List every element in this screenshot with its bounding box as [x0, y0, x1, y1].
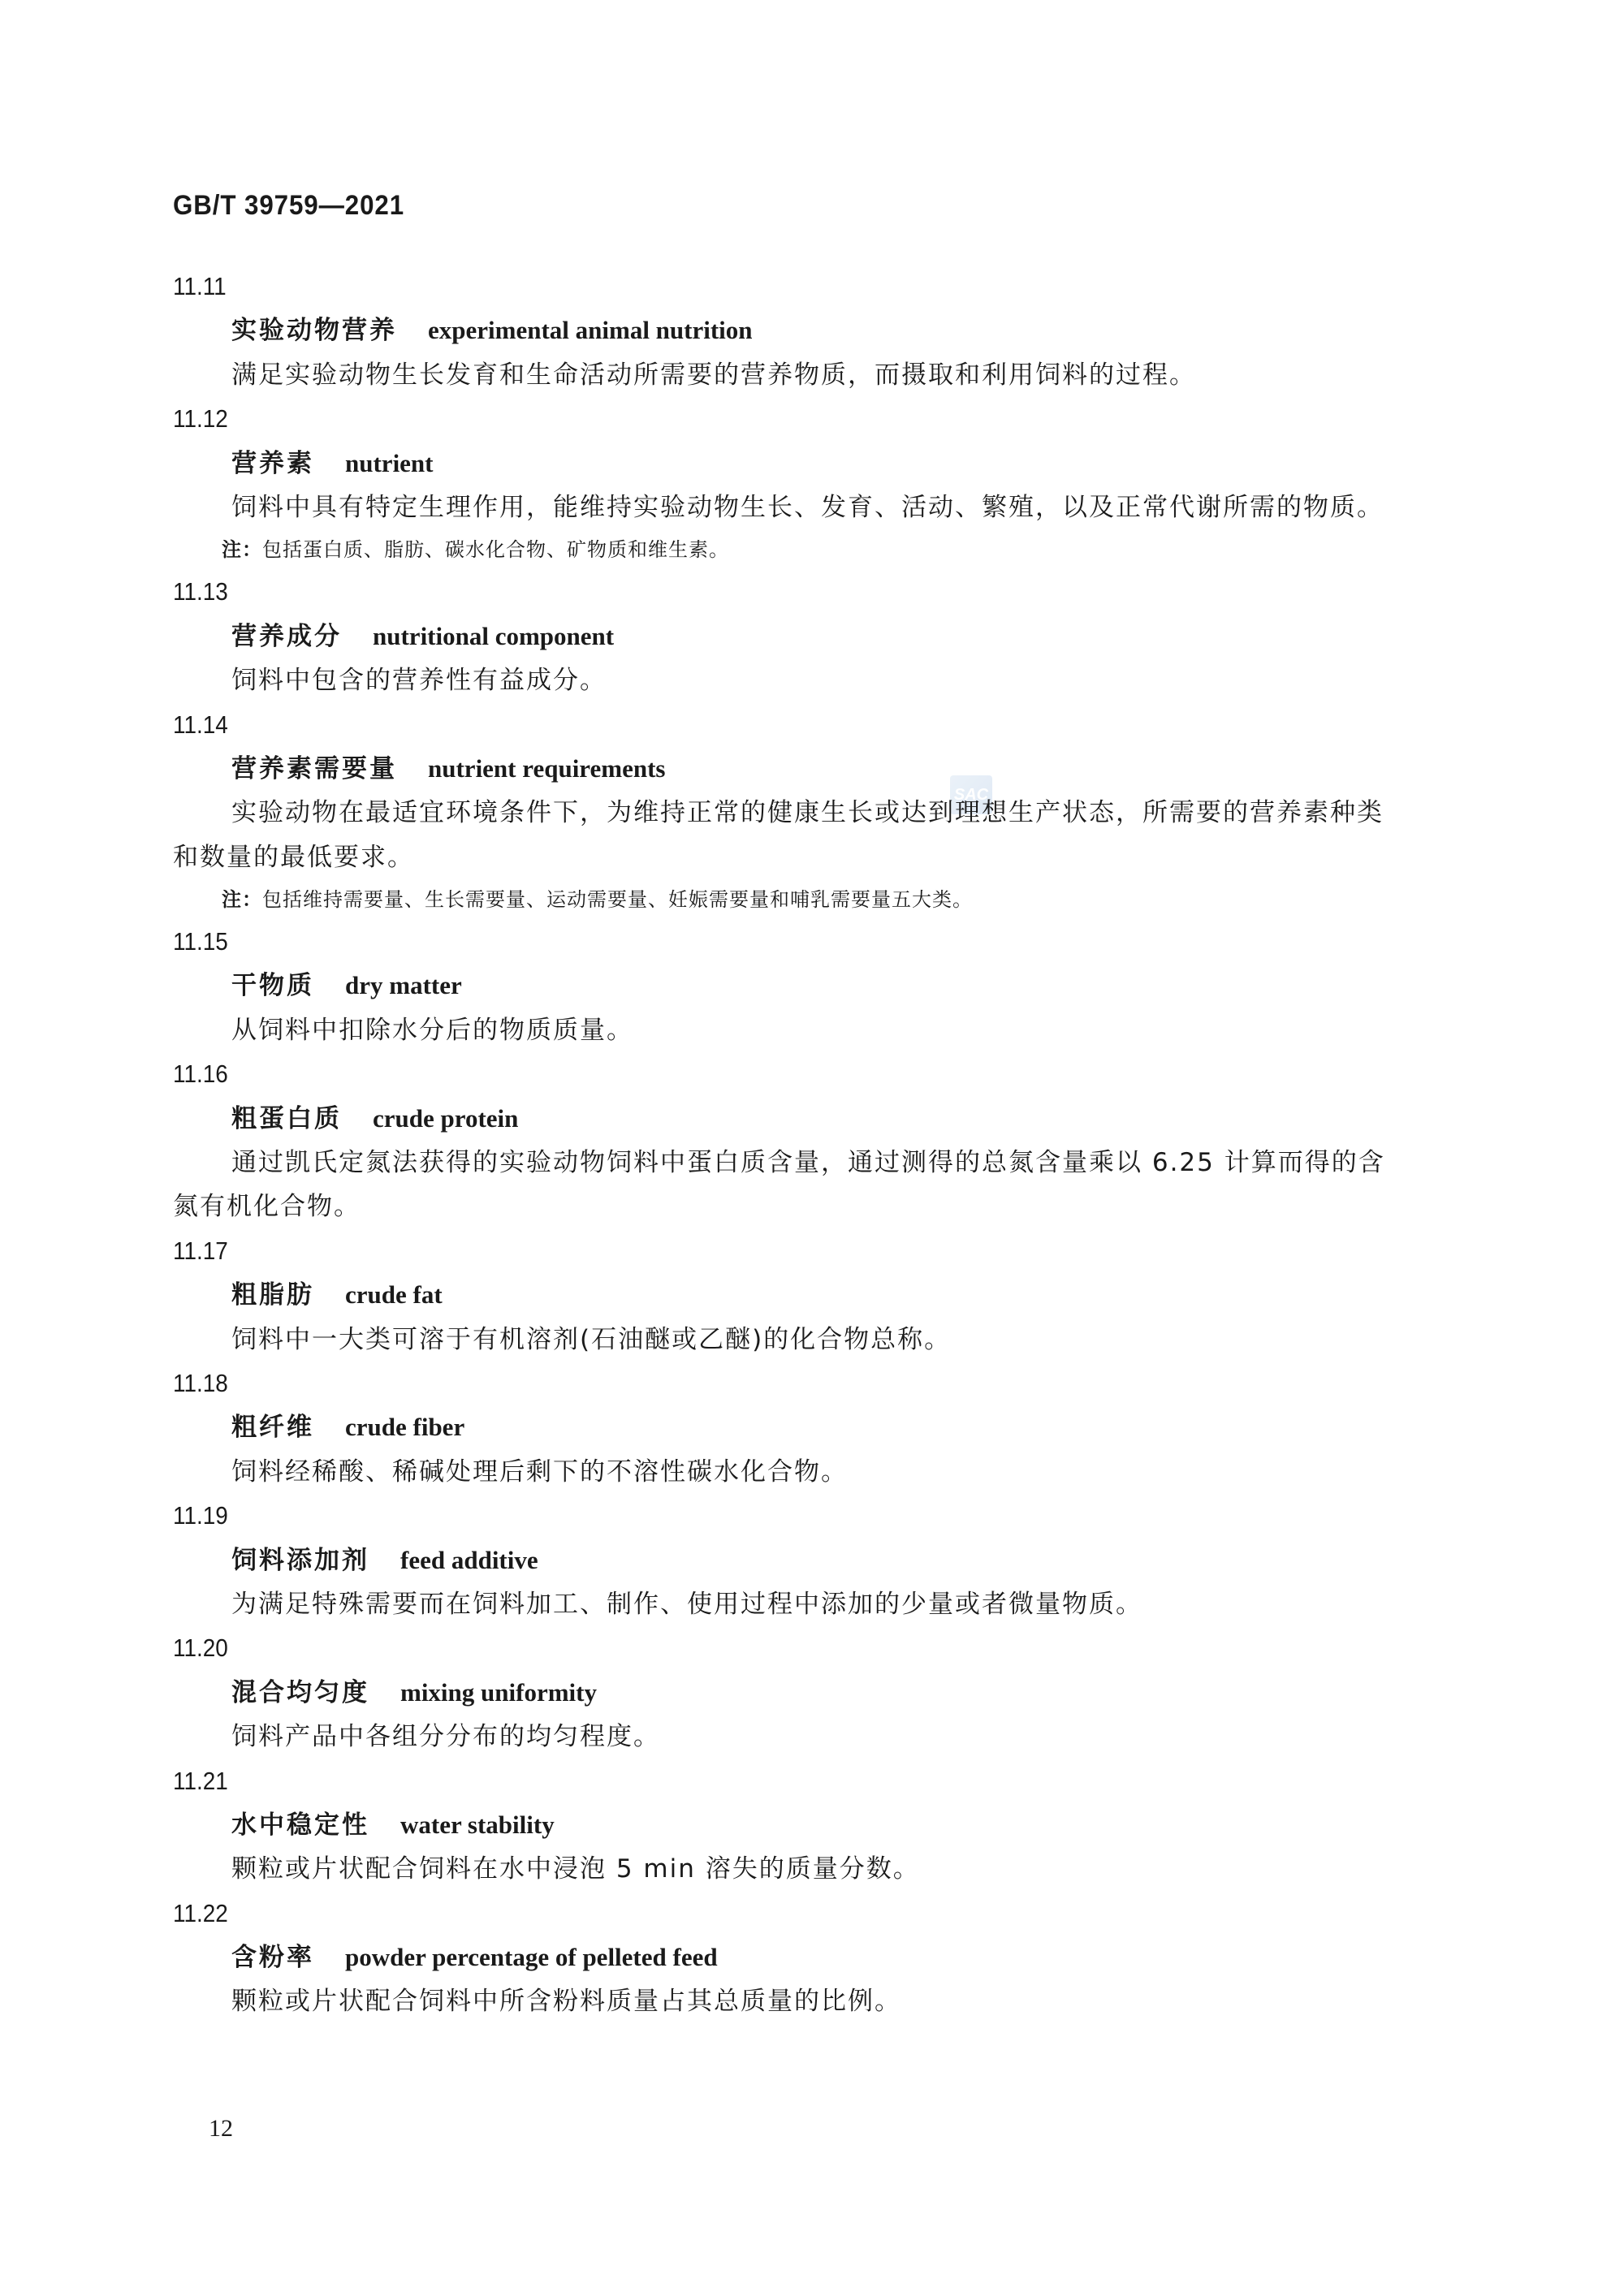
term-heading: 饲料添加剂feed additive — [173, 1539, 1433, 1582]
term-zh: 干物质 — [231, 971, 314, 1000]
term-heading: 粗脂肪crude fat — [173, 1273, 1433, 1317]
term-heading: 粗纤维crude fiber — [173, 1405, 1433, 1449]
term-zh: 营养素 — [231, 449, 314, 478]
term-zh: 粗纤维 — [231, 1413, 314, 1442]
term-heading: 水中稳定性water stability — [173, 1803, 1433, 1847]
term-definition-continued: 和数量的最低要求。 — [173, 835, 1433, 879]
term-en: nutritional component — [373, 622, 614, 650]
term-entry-number: 11.16 — [173, 1052, 1433, 1096]
term-heading: 干物质dry matter — [173, 964, 1433, 1008]
term-definition: 实验动物在最适宜环境条件下，为维持正常的健康生长或达到理想生产状态，所需要的营养… — [173, 791, 1433, 835]
term-entry-number: 11.11 — [173, 265, 1433, 309]
term-entry-number: 11.20 — [173, 1626, 1433, 1670]
term-heading: 营养成分nutritional component — [173, 615, 1433, 658]
term-note: 注：包括维持需要量、生长需要量、运动需要量、妊娠需要量和哺乳需要量五大类。 — [173, 879, 1433, 920]
term-en: nutrient — [345, 449, 434, 477]
term-definition: 饲料中一大类可溶于有机溶剂(石油醚或乙醚)的化合物总称。 — [173, 1318, 1433, 1362]
note-label: 注： — [222, 888, 262, 911]
term-definition: 饲料经稀酸、稀碱处理后剩下的不溶性碳水化合物。 — [173, 1450, 1433, 1494]
term-entry-number: 11.22 — [173, 1892, 1433, 1936]
note-text: 包括蛋白质、脂肪、碳水化合物、矿物质和维生素。 — [262, 538, 729, 561]
term-zh: 含粉率 — [231, 1943, 314, 1972]
note-label: 注： — [222, 538, 262, 561]
term-entry-number: 11.15 — [173, 920, 1433, 964]
term-definition: 为满足特殊需要而在饲料加工、制作、使用过程中添加的少量或者微量物质。 — [173, 1582, 1433, 1626]
term-definition: 饲料产品中各组分分布的均匀程度。 — [173, 1715, 1433, 1759]
term-en: experimental animal nutrition — [428, 316, 753, 344]
term-entry-number: 11.17 — [173, 1229, 1433, 1273]
term-definition: 饲料中包含的营养性有益成分。 — [173, 658, 1433, 702]
term-en: crude fat — [345, 1280, 443, 1309]
term-zh: 粗脂肪 — [231, 1280, 314, 1310]
term-definition-continued: 氮有机化合物。 — [173, 1185, 1433, 1228]
term-en: crude fiber — [345, 1413, 464, 1441]
term-en: water stability — [400, 1810, 555, 1839]
term-heading: 实验动物营养experimental animal nutrition — [173, 309, 1433, 352]
term-en: dry matter — [345, 971, 462, 999]
term-heading: 粗蛋白质crude protein — [173, 1097, 1433, 1141]
term-definition: 满足实验动物生长发育和生命活动所需要的营养物质，而摄取和利用饲料的过程。 — [173, 353, 1433, 397]
term-entry-number: 11.21 — [173, 1759, 1433, 1803]
term-heading: 营养素需要量nutrient requirements — [173, 747, 1433, 791]
term-zh: 营养素需要量 — [231, 754, 397, 783]
note-text: 包括维持需要量、生长需要量、运动需要量、妊娠需要量和哺乳需要量五大类。 — [262, 888, 973, 911]
term-en: crude protein — [373, 1104, 518, 1133]
term-heading: 营养素nutrient — [173, 442, 1433, 486]
term-definition: 饲料中具有特定生理作用，能维持实验动物生长、发育、活动、繁殖，以及正常代谢所需的… — [173, 486, 1433, 529]
term-entry-number: 11.12 — [173, 397, 1433, 441]
term-en: nutrient requirements — [428, 754, 665, 783]
term-zh: 实验动物营养 — [231, 316, 397, 345]
term-note: 注：包括蛋白质、脂肪、碳水化合物、矿物质和维生素。 — [173, 529, 1433, 570]
term-en: powder percentage of pelleted feed — [345, 1943, 718, 1971]
term-entry-number: 11.13 — [173, 570, 1433, 614]
term-definition: 颗粒或片状配合饲料在水中浸泡 5 min 溶失的质量分数。 — [173, 1847, 1433, 1891]
term-en: feed additive — [400, 1546, 538, 1574]
term-en: mixing uniformity — [400, 1678, 597, 1707]
term-definition: 通过凯氏定氮法获得的实验动物饲料中蛋白质含量，通过测得的总氮含量乘以 6.25 … — [173, 1141, 1433, 1185]
term-entry-number: 11.19 — [173, 1494, 1433, 1538]
term-definition: 颗粒或片状配合饲料中所含粉料质量占其总质量的比例。 — [173, 1979, 1433, 2023]
term-zh: 饲料添加剂 — [231, 1546, 369, 1575]
term-entry-number: 11.14 — [173, 703, 1433, 747]
page-number: 12 — [209, 2115, 233, 2143]
term-zh: 混合均匀度 — [231, 1678, 369, 1707]
terms-list: 11.11 实验动物营养experimental animal nutritio… — [173, 265, 1433, 2024]
term-heading: 含粉率powder percentage of pelleted feed — [173, 1936, 1433, 1979]
term-zh: 粗蛋白质 — [231, 1104, 342, 1133]
term-zh: 营养成分 — [231, 622, 342, 651]
term-definition: 从饲料中扣除水分后的物质质量。 — [173, 1008, 1433, 1052]
standard-number-header: GB/T 39759—2021 — [173, 190, 404, 222]
term-heading: 混合均匀度mixing uniformity — [173, 1671, 1433, 1715]
term-zh: 水中稳定性 — [231, 1810, 369, 1840]
term-entry-number: 11.18 — [173, 1362, 1433, 1405]
